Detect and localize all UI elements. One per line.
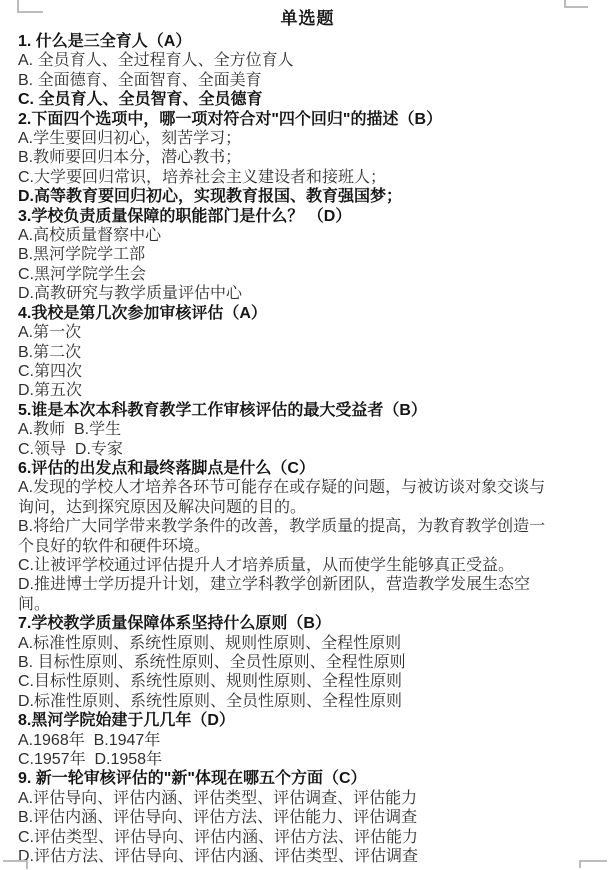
question-option: B. 目标性原则、系统性原则、全员性原则、全程性原则 [18, 653, 552, 672]
question-option: D.高教研究与教学质量评估中心 [18, 284, 552, 303]
question-option: A.学生要回归初心，刻苦学习； [18, 129, 552, 148]
question-option: A.教师 B.学生 [18, 420, 552, 439]
question-option: A.第一次 [18, 323, 552, 342]
question-option: A. 全员育人、全过程育人、全方位育人 [18, 51, 552, 70]
question-block: 3.学校负责质量保障的职能部门是什么？ （D）A.高校质量督察中心B.黑河学院学… [18, 207, 552, 304]
question-stem: 6.评估的出发点和最终落脚点是什么（C） [18, 459, 552, 478]
question-stem: 1. 什么是三全育人（A） [18, 32, 552, 51]
question-option: A.高校质量督察中心 [18, 226, 552, 245]
scan-crop-mark-bottom-right-icon [579, 860, 607, 868]
question-option: D.评估方法、评估导向、评估内涵、评估类型、评估调查 [18, 847, 552, 866]
question-block: 2.下面四个选项中，哪一项对符合对"四个回归"的描述（B）A.学生要回归初心，刻… [18, 110, 552, 207]
question-option: C.目标性原则、系统性原则、规则性原则、全程性原则 [18, 672, 552, 691]
question-option: B.将给广大同学带来教学条件的改善，教学质量的提高，为教育教学创造一个良好的软件… [18, 517, 552, 556]
question-option: B. 全面德育、全面智育、全面美育 [18, 71, 552, 90]
question-option: D.第五次 [18, 381, 552, 400]
question-block: 6.评估的出发点和最终落脚点是什么（C）A.发现的学校人才培养各环节可能存在或存… [18, 459, 552, 614]
question-stem: 9. 新一轮审核评估的"新"体现在哪五个方面（C） [18, 769, 552, 788]
question-option: A.发现的学校人才培养各环节可能存在或存疑的问题，与被访谈对象交谈与询问，达到探… [18, 478, 552, 517]
question-stem: 8.黑河学院始建于几几年（D） [18, 711, 552, 730]
question-list: 1. 什么是三全育人（A）A. 全员育人、全过程育人、全方位育人B. 全面德育、… [18, 32, 552, 866]
quiz-document-page: 单选题 1. 什么是三全育人（A）A. 全员育人、全过程育人、全方位育人B. 全… [0, 0, 615, 870]
question-option: B.评估内涵、评估导向、评估方法、评估能力、评估调查 [18, 808, 552, 827]
question-option: C.评估类型、评估导向、评估内涵、评估方法、评估能力 [18, 828, 552, 847]
question-stem: 3.学校负责质量保障的职能部门是什么？ （D） [18, 207, 552, 226]
question-option: B.黑河学院学工部 [18, 245, 552, 264]
question-block: 7.学校教学质量保障体系坚持什么原则（B）A.标准性原则、系统性原则、规则性原则… [18, 614, 552, 711]
question-option: A.标准性原则、系统性原则、规则性原则、全程性原则 [18, 634, 552, 653]
question-option: D.标准性原则、系统性原则、全员性原则、全程性原则 [18, 692, 552, 711]
question-block: 4.我校是第几次参加审核评估（A）A.第一次B.第二次C.第四次D.第五次 [18, 304, 552, 401]
question-stem: 4.我校是第几次参加审核评估（A） [18, 304, 552, 323]
question-option: C.领导 D.专家 [18, 440, 552, 459]
scan-crop-mark-top-right-icon [564, 0, 588, 8]
scan-crop-mark-top-left-icon [17, 0, 43, 13]
page-title: 单选题 [0, 0, 615, 30]
question-option: D.高等教育要回归初心，实现教育报国、教育强国梦； [18, 187, 552, 206]
question-option: D.推进博士学历提升计划，建立学科教学创新团队，营造教学发展生态空间。 [18, 575, 552, 614]
question-option: C. 全员育人、全员智育、全员德育 [18, 90, 552, 109]
scan-crop-mark-bottom-left-icon [3, 860, 28, 869]
question-stem: 2.下面四个选项中，哪一项对符合对"四个回归"的描述（B） [18, 110, 552, 129]
question-option: C.黑河学院学生会 [18, 265, 552, 284]
question-option: C.1957年 D.1958年 [18, 750, 552, 769]
question-option: B.第二次 [18, 343, 552, 362]
question-block: 1. 什么是三全育人（A）A. 全员育人、全过程育人、全方位育人B. 全面德育、… [18, 32, 552, 110]
question-block: 9. 新一轮审核评估的"新"体现在哪五个方面（C）A.评估导向、评估内涵、评估类… [18, 769, 552, 866]
question-option: B.教师要回归本分，潜心教书； [18, 148, 552, 167]
question-option: C.让被评学校通过评估提升人才培养质量，从而使学生能够真正受益。 [18, 556, 552, 575]
question-block: 8.黑河学院始建于几几年（D）A.1968年 B.1947年C.1957年 D.… [18, 711, 552, 769]
question-option: C.第四次 [18, 362, 552, 381]
question-stem: 5.谁是本次本科教育教学工作审核评估的最大受益者（B） [18, 401, 552, 420]
question-option: C.大学要回归常识，培养社会主义建设者和接班人； [18, 168, 552, 187]
question-option: A.评估导向、评估内涵、评估类型、评估调查、评估能力 [18, 789, 552, 808]
question-block: 5.谁是本次本科教育教学工作审核评估的最大受益者（B）A.教师 B.学生C.领导… [18, 401, 552, 459]
question-option: A.1968年 B.1947年 [18, 731, 552, 750]
question-stem: 7.学校教学质量保障体系坚持什么原则（B） [18, 614, 552, 633]
